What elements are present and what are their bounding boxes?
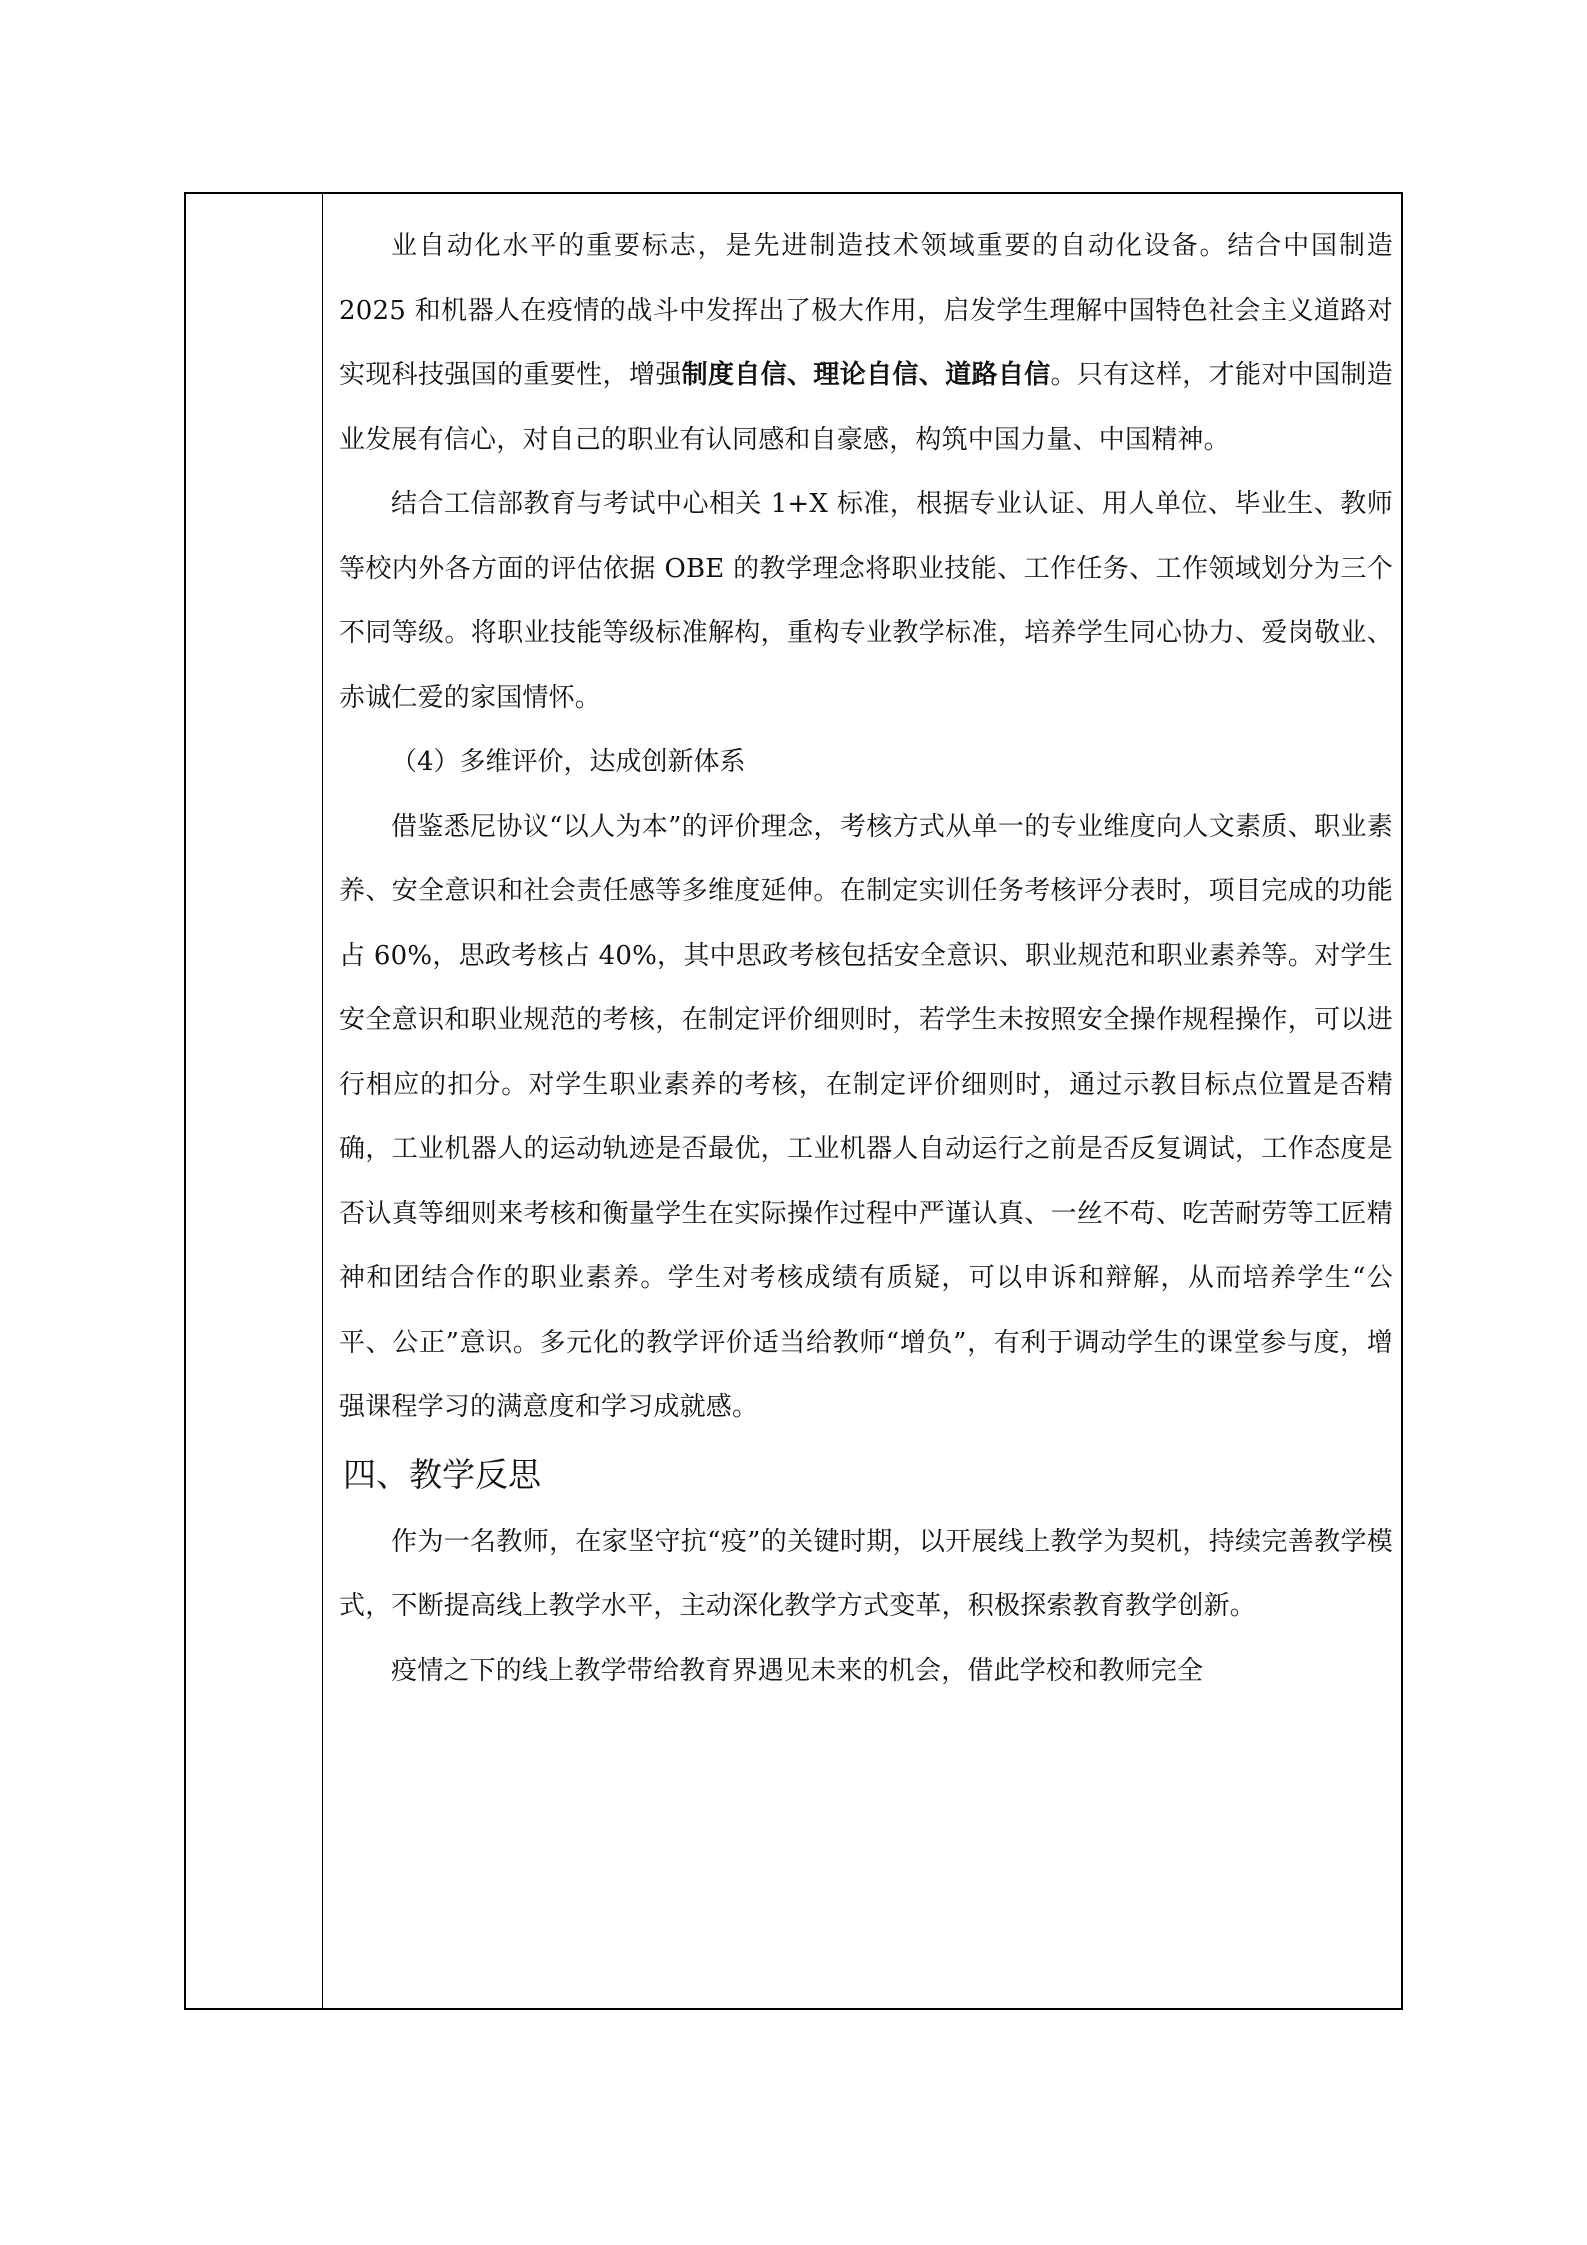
section-heading-teaching-reflection: 四、教学反思 [339, 1440, 1393, 1510]
paragraph-industrial-automation: 业自动化水平的重要标志，是先进制造技术领域重要的自动化设备。结合中国制造 202… [339, 214, 1393, 472]
paragraph-evaluation: 借鉴悉尼协议“以人为本”的评价理念，考核方式从单一的专业维度向人文素质、职业素养… [339, 795, 1393, 1440]
table-content-cell: 业自动化水平的重要标志，是先进制造技术领域重要的自动化设备。结合中国制造 202… [323, 194, 1401, 2008]
document-body: 业自动化水平的重要标志，是先进制造技术领域重要的自动化设备。结合中国制造 202… [339, 214, 1393, 1703]
paragraph-online-teaching: 疫情之下的线上教学带给教育界遇见未来的机会，借此学校和教师完全 [339, 1639, 1393, 1704]
bold-text-confidence: 制度自信、理论自信、道路自信 [682, 360, 1051, 390]
paragraph-1x-standard: 结合工信部教育与考试中心相关 1+X 标准，根据专业认证、用人单位、毕业生、教师… [339, 472, 1393, 730]
table-label-cell [186, 194, 323, 2008]
paragraph-teacher-role: 作为一名教师，在家坚守抗“疫”的关键时期，以开展线上教学为契机，持续完善教学模式… [339, 1510, 1393, 1639]
subheading-multidimensional-evaluation: （4）多维评价，达成创新体系 [339, 730, 1393, 795]
document-table: 业自动化水平的重要标志，是先进制造技术领域重要的自动化设备。结合中国制造 202… [184, 192, 1403, 2010]
